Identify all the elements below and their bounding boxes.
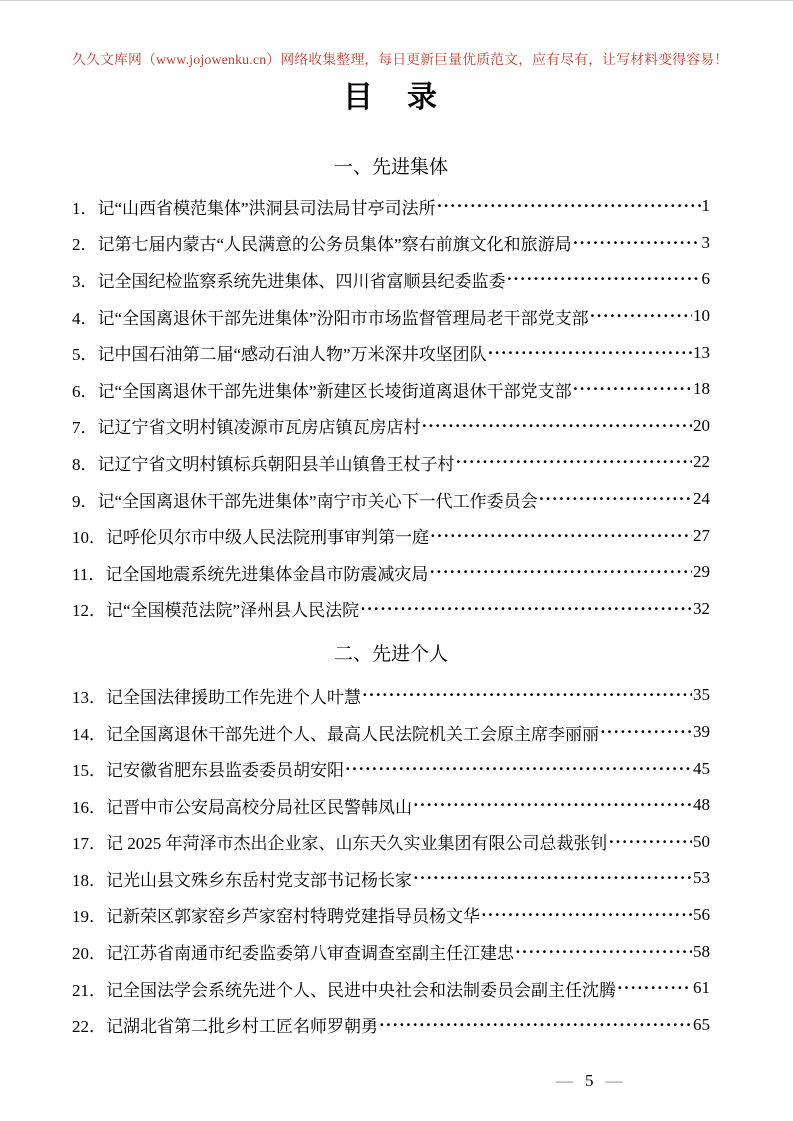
toc-entry-page: 58 <box>693 942 710 962</box>
document-page: 久久文库网（www.jojowenku.cn）网络收集整理，每日更新巨量优质范文… <box>72 1 710 1043</box>
toc-entry-number: 17． <box>72 829 106 854</box>
toc-entry: 4．记“全国离退休干部先进集体”汾阳市市场监督管理局老干部党支部········… <box>72 298 710 335</box>
toc-entry-number: 15． <box>72 756 106 781</box>
toc-entry: 8．记辽宁省文明村镇标兵朝阳县羊山镇鲁王杖子村·················… <box>72 444 710 481</box>
dot-leader: ········································… <box>590 305 692 327</box>
toc-entry: 16．记晋中市公安局高校分局社区民警韩凤山···················… <box>72 787 710 824</box>
toc-entry-title: 记光山县文殊乡东岳村党支部书记杨长家 <box>106 866 412 891</box>
dot-leader: ········································… <box>456 451 693 473</box>
toc-entry-number: 18． <box>72 866 106 891</box>
toc-entry-title: 记晋中市公安局高校分局社区民警韩凤山 <box>106 793 412 818</box>
toc-entry-page: 39 <box>693 722 710 742</box>
toc-entry-page: 27 <box>693 526 710 546</box>
toc-entry: 21．记全国法学会系统先进个人、民进中央社会和法制委员会副主任沈腾·······… <box>72 970 710 1007</box>
toc-entry: 2．记第七届内蒙古“人民满意的公务员集体”察右前旗文化和旅游局·········… <box>72 225 710 262</box>
dot-leader: ········································… <box>345 758 692 780</box>
dot-leader: ········································… <box>379 1014 692 1036</box>
toc-entry-page: 22 <box>693 452 710 472</box>
toc-entry-page: 29 <box>693 562 710 582</box>
toc-entry-title: 记安徽省肥东县监委委员胡安阳 <box>106 756 344 781</box>
toc-entry-title: 记全国纪检监察系统先进集体、四川省富顺县纪委监委 <box>98 267 506 292</box>
toc-entry: 20．记江苏省南通市纪委监委第八审查调查室副主任江建忠·············… <box>72 933 710 970</box>
toc-entry-number: 19． <box>72 902 106 927</box>
dot-leader: ········································… <box>609 831 693 853</box>
toc-entry: 19．记新荣区郭家窑乡芦家窑村特聘党建指导员杨文华···············… <box>72 897 710 934</box>
toc-entry: 10．记呼伦贝尔市中级人民法院刑事审判第一庭··················… <box>72 517 710 554</box>
toc-entry-title: 记“全国离退休干部先进集体”南宁市关心下一代工作委员会 <box>98 487 538 512</box>
dot-leader: ········································… <box>539 488 692 510</box>
toc-entry-page: 18 <box>693 379 710 399</box>
toc-entry: 5．记中国石油第二届“感动石油人物”万米深井攻坚团队··············… <box>72 334 710 371</box>
toc-entry-title: 记江苏省南通市纪委监委第八审查调查室副主任江建忠 <box>106 939 514 964</box>
toc-entry-title: 记 2025 年菏泽市杰出企业家、山东天久实业集团有限公司总裁张钊 <box>106 829 608 854</box>
dot-leader: ········································… <box>413 867 692 889</box>
toc-entry-page: 50 <box>693 832 710 852</box>
dot-leader: ········································… <box>481 904 692 926</box>
toc-entry: 1．记“山西省模范集体”洪洞县司法局甘亭司法所·················… <box>72 188 710 225</box>
dot-leader: ········································… <box>430 525 692 547</box>
toc-entry-number: 4． <box>72 304 98 329</box>
toc-entry-number: 1． <box>72 194 98 219</box>
toc-entry-page: 48 <box>693 795 710 815</box>
toc-entry: 11．记全国地震系统先进集体金昌市防震减灾局··················… <box>72 554 710 591</box>
toc-entry: 14．记全国离退休干部先进个人、最高人民法院机关工会原主席李丽丽········… <box>72 714 710 751</box>
toc-entry-page: 6 <box>702 269 711 289</box>
footer-right-dash: — <box>606 1071 623 1090</box>
table-of-contents: 一、先进集体1．记“山西省模范集体”洪洞县司法局甘亭司法所···········… <box>72 155 710 1043</box>
page-title: 目 录 <box>72 80 710 116</box>
toc-entry: 3．记全国纪检监察系统先进集体、四川省富顺县纪委监委··············… <box>72 261 710 298</box>
toc-entry-title: 记中国石油第二届“感动石油人物”万米深井攻坚团队 <box>98 340 487 365</box>
toc-entry-page: 10 <box>693 306 710 326</box>
toc-entry-number: 9． <box>72 487 98 512</box>
dot-leader: ········································… <box>413 794 692 816</box>
toc-entry-title: 记湖北省第二批乡村工匠名师罗朝勇 <box>106 1012 378 1037</box>
toc-entry: 22．记湖北省第二批乡村工匠名师罗朝勇·····················… <box>72 1006 710 1043</box>
toc-entry-page: 3 <box>702 233 711 253</box>
toc-entry-title: 记“山西省模范集体”洪洞县司法局甘亭司法所 <box>98 194 436 219</box>
toc-entry-title: 记呼伦贝尔市中级人民法院刑事审判第一庭 <box>106 523 429 548</box>
dot-leader: ········································… <box>515 941 692 963</box>
dot-leader: ········································… <box>617 977 692 999</box>
dot-leader: ········································… <box>437 195 701 217</box>
toc-entry-number: 21． <box>72 976 106 1001</box>
toc-entry: 17．记 2025 年菏泽市杰出企业家、山东天久实业集团有限公司总裁张钊····… <box>72 824 710 861</box>
toc-entry-page: 35 <box>693 685 710 705</box>
toc-entry-number: 16． <box>72 793 106 818</box>
section-heading: 二、先进个人 <box>72 642 710 668</box>
toc-entry: 15．记安徽省肥东县监委委员胡安阳·······················… <box>72 750 710 787</box>
toc-entry-number: 11． <box>72 560 105 585</box>
toc-entry-number: 6． <box>72 377 98 402</box>
toc-entry: 7．记辽宁省文明村镇凌源市瓦房店镇瓦房店村···················… <box>72 408 710 445</box>
toc-entry: 13．记全国法律援助工作先进个人叶慧······················… <box>72 677 710 714</box>
toc-entry-title: 记辽宁省文明村镇标兵朝阳县羊山镇鲁王杖子村 <box>98 450 455 475</box>
footer-left-dash: — <box>556 1071 573 1090</box>
toc-entry-page: 13 <box>693 343 710 363</box>
dot-leader: ········································… <box>573 232 701 254</box>
toc-entry-title: 记全国法学会系统先进个人、民进中央社会和法制委员会副主任沈腾 <box>106 976 616 1001</box>
toc-entry-page: 56 <box>693 905 710 925</box>
dot-leader: ········································… <box>429 561 692 583</box>
toc-entry-title: 记全国离退休干部先进个人、最高人民法院机关工会原主席李丽丽 <box>106 720 599 745</box>
dot-leader: ········································… <box>422 415 693 437</box>
toc-entry-number: 10． <box>72 523 106 548</box>
toc-entry: 6．记“全国离退休干部先进集体”新建区长堎街道离退休干部党支部·········… <box>72 371 710 408</box>
toc-entry-title: 记全国法律援助工作先进个人叶慧 <box>106 683 361 708</box>
toc-entry-number: 2． <box>72 230 98 255</box>
section-heading: 一、先进集体 <box>72 155 710 181</box>
toc-entry-page: 32 <box>693 599 710 619</box>
dot-leader: ········································… <box>362 684 692 706</box>
toc-entry-number: 7． <box>72 413 98 438</box>
toc-entry-number: 8． <box>72 450 98 475</box>
toc-entry-page: 1 <box>702 196 711 216</box>
page-footer: —5— <box>556 1071 623 1091</box>
toc-entry-number: 22． <box>72 1012 106 1037</box>
dot-leader: ········································… <box>507 268 701 290</box>
toc-entry-title: 记“全国模范法院”泽州县人民法院 <box>106 596 359 621</box>
toc-entry-number: 5． <box>72 340 98 365</box>
toc-entry-page: 53 <box>693 868 710 888</box>
toc-entry-title: 记新荣区郭家窑乡芦家窑村特聘党建指导员杨文华 <box>106 902 480 927</box>
dot-leader: ········································… <box>600 721 692 743</box>
dot-leader: ········································… <box>573 378 692 400</box>
dot-leader: ········································… <box>360 598 692 620</box>
toc-entry-title: 记全国地震系统先进集体金昌市防震减灾局 <box>105 560 428 585</box>
watermark-notice: 久久文库网（www.jojowenku.cn）网络收集整理，每日更新巨量优质范文… <box>72 50 710 70</box>
footer-page-number: 5 <box>585 1071 594 1090</box>
toc-entry-number: 13． <box>72 683 106 708</box>
toc-entry-page: 45 <box>693 759 710 779</box>
toc-entry-number: 14． <box>72 720 106 745</box>
toc-entry-page: 61 <box>693 978 710 998</box>
toc-entry-number: 20． <box>72 939 106 964</box>
toc-entry-number: 3． <box>72 267 98 292</box>
toc-entry-title: 记第七届内蒙古“人民满意的公务员集体”察右前旗文化和旅游局 <box>98 230 572 255</box>
toc-entry-title: 记“全国离退休干部先进集体”新建区长堎街道离退休干部党支部 <box>98 377 572 402</box>
toc-entry-page: 20 <box>693 416 710 436</box>
toc-entry-page: 65 <box>693 1015 710 1035</box>
toc-entry: 18．记光山县文殊乡东岳村党支部书记杨长家···················… <box>72 860 710 897</box>
toc-entry-page: 24 <box>693 489 710 509</box>
toc-entry-title: 记辽宁省文明村镇凌源市瓦房店镇瓦房店村 <box>98 413 421 438</box>
dot-leader: ········································… <box>488 342 692 364</box>
toc-entry-title: 记“全国离退休干部先进集体”汾阳市市场监督管理局老干部党支部 <box>98 304 589 329</box>
toc-entry-number: 12． <box>72 596 106 621</box>
toc-entry: 9．记“全国离退休干部先进集体”南宁市关心下一代工作委员会···········… <box>72 481 710 518</box>
toc-entry: 12．记“全国模范法院”泽州县人民法院·····················… <box>72 591 710 628</box>
